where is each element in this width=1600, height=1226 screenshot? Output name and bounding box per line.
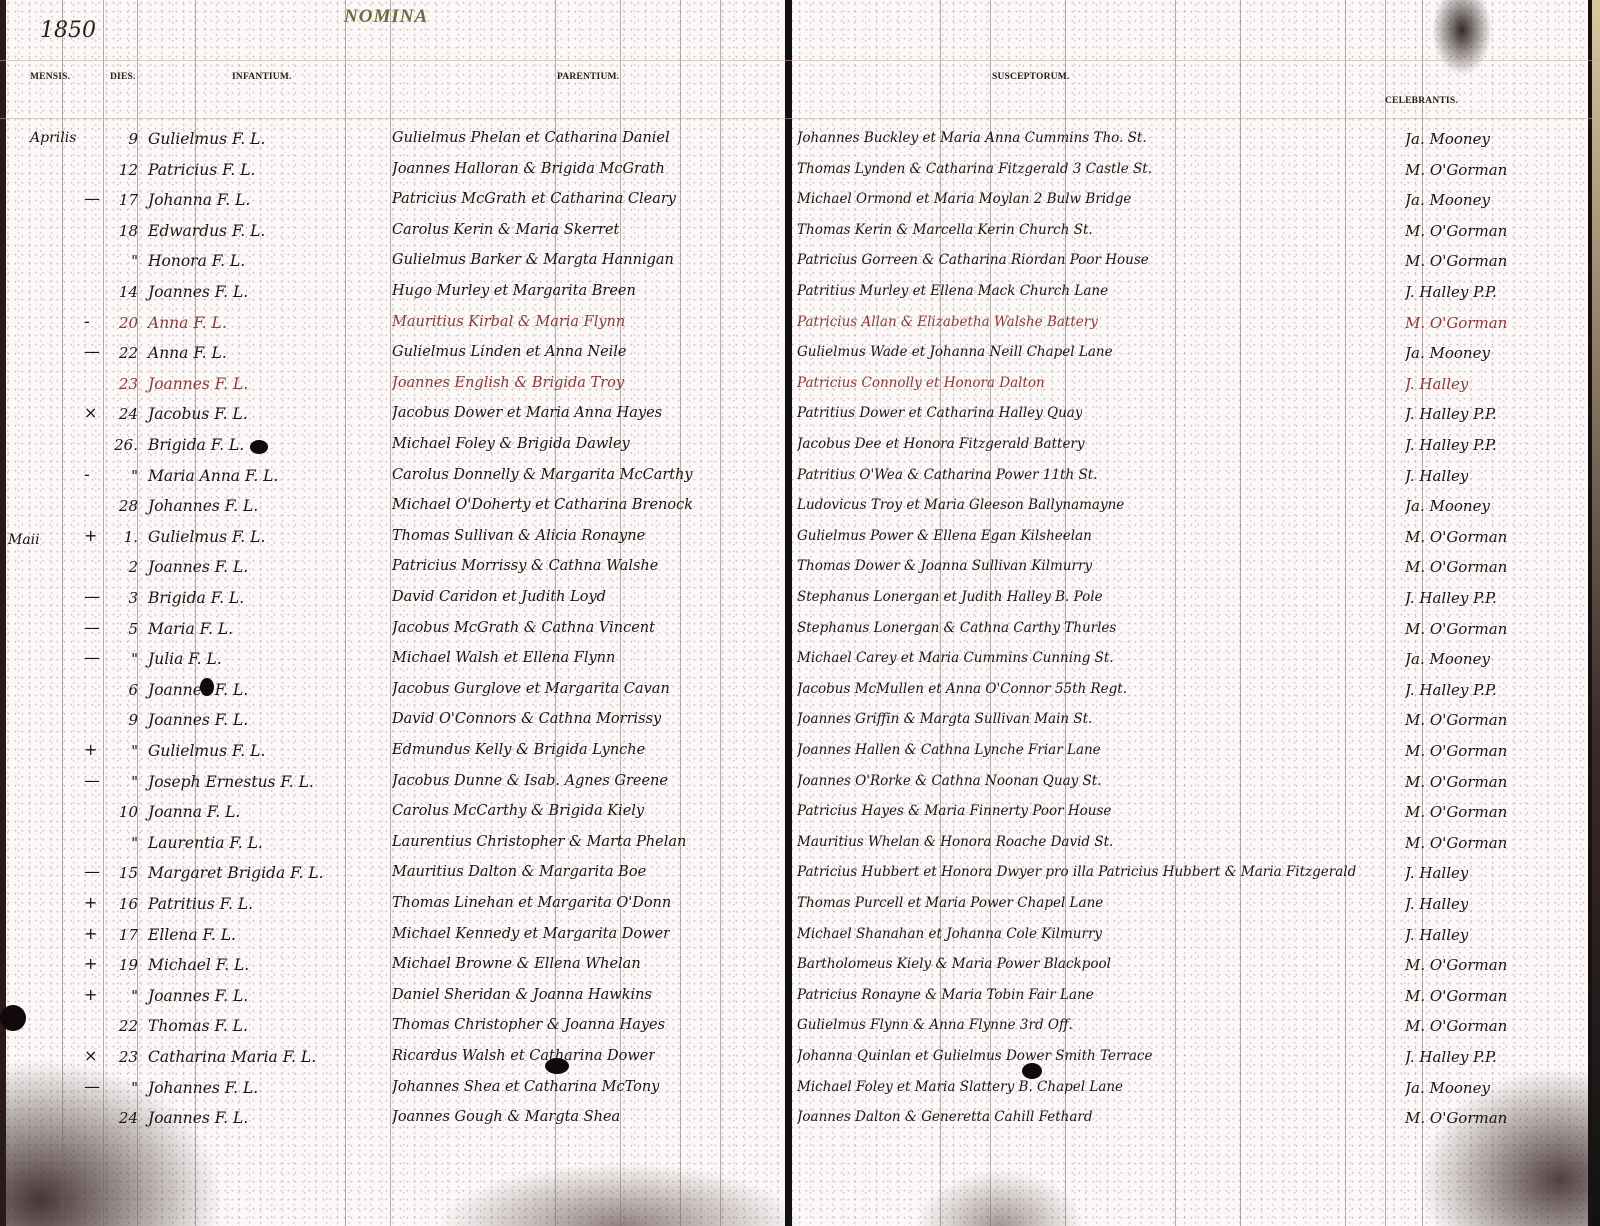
entry-sponsors: Joannes Dalton & Generetta Cahill Fethar…: [797, 1109, 1093, 1125]
entry-sponsors: Johannes Buckley et Maria Anna Cummins T…: [797, 130, 1147, 146]
entry-day: 1.: [104, 528, 138, 546]
entry-celebrant: Ja. Mooney: [1405, 497, 1490, 515]
entry-day: 24: [104, 1109, 138, 1127]
margin-mark: —: [84, 1077, 100, 1096]
entry-celebrant: M. O'Gorman: [1405, 1017, 1507, 1035]
entry-parents: Patricius Morrissy & Cathna Walshe: [392, 558, 658, 574]
margin-mark: ×: [84, 403, 97, 422]
entry-parents: Michael Foley & Brigida Dawley: [392, 436, 630, 452]
entry-parents: Michael Kennedy et Margarita Dower: [392, 926, 670, 942]
entry-parents: Thomas Sullivan & Alicia Ronayne: [392, 528, 645, 544]
entry-day: 18: [104, 222, 138, 240]
entry-sponsors: Michael Carey et Maria Cummins Cunning S…: [797, 650, 1114, 666]
entry-parents: Carolus Donnelly & Margarita McCarthy: [392, 467, 693, 483]
entry-day: 14: [104, 283, 138, 301]
column-rule: [390, 0, 391, 1226]
entry-infant-name: Joannes F. L.: [148, 711, 248, 729]
entry-sponsors: Thomas Lynden & Catharina Fitzgerald 3 C…: [797, 161, 1152, 177]
page-edge-tab: [1592, 0, 1600, 1226]
entry-celebrant: M. O'Gorman: [1405, 834, 1507, 852]
register-page: 1850 NOMINA MENSIS. DIES. INFANTIUM. PAR…: [0, 0, 1600, 1226]
entry-celebrant: M. O'Gorman: [1405, 987, 1507, 1005]
entry-celebrant: J. Halley P.P.: [1405, 589, 1497, 607]
entry-infant-name: Johanna F. L.: [148, 191, 250, 209]
margin-mark: -: [84, 465, 90, 484]
entry-parents: David Caridon et Judith Loyd: [392, 589, 606, 605]
header-rule: [0, 60, 1600, 61]
entry-infant-name: Joannes F. L.: [148, 681, 248, 699]
entry-parents: Michael Walsh et Ellena Flynn: [392, 650, 615, 666]
margin-mark: +: [84, 954, 97, 973]
entry-day: 5: [104, 620, 138, 638]
entry-infant-name: Maria F. L.: [148, 620, 233, 638]
entry-infant-name: Patricius F. L.: [148, 161, 256, 179]
margin-mark: +: [84, 526, 97, 545]
margin-mark: -: [84, 312, 90, 331]
column-rule: [1422, 0, 1423, 1226]
entry-celebrant: M. O'Gorman: [1405, 711, 1507, 729]
entry-parents: Joannes Gough & Margta Shea: [392, 1109, 620, 1125]
entry-day: 15: [104, 864, 138, 882]
margin-mark: —: [84, 862, 100, 881]
entry-sponsors: Patricius Ronayne & Maria Tobin Fair Lan…: [797, 987, 1094, 1003]
ink-blot: [200, 678, 214, 696]
ink-blot: [0, 1005, 26, 1031]
entry-parents: Joannes English & Brigida Troy: [392, 375, 624, 391]
entry-celebrant: J. Halley P.P.: [1405, 681, 1497, 699]
entry-celebrant: J. Halley: [1405, 864, 1468, 882]
entry-parents: Edmundus Kelly & Brigida Lynche: [392, 742, 645, 758]
column-rule: [1345, 0, 1346, 1226]
entry-infant-name: Thomas F. L.: [148, 1017, 248, 1035]
entry-celebrant: J. Halley: [1405, 467, 1468, 485]
entry-sponsors: Patritius O'Wea & Catharina Power 11th S…: [797, 467, 1097, 483]
entry-day: ": [104, 773, 138, 791]
entry-day: ": [104, 252, 138, 270]
entry-day: 28: [104, 497, 138, 515]
entry-sponsors: Joannes Griffin & Margta Sullivan Main S…: [797, 711, 1092, 727]
entry-celebrant: M. O'Gorman: [1405, 773, 1507, 791]
header-parents: PARENTIUM.: [557, 72, 619, 82]
entry-parents: Mauritius Dalton & Margarita Boe: [392, 864, 646, 880]
entry-celebrant: J. Halley P.P.: [1405, 436, 1497, 454]
ink-blot: [545, 1058, 569, 1074]
entry-day: 9: [104, 711, 138, 729]
entry-parents: Carolus Kerin & Maria Skerret: [392, 222, 619, 238]
entry-day: 26.: [104, 436, 138, 454]
entry-day: 20: [104, 314, 138, 332]
entry-celebrant: M. O'Gorman: [1405, 620, 1507, 638]
entry-infant-name: Anna F. L.: [148, 344, 227, 362]
ink-blot: [1022, 1063, 1042, 1079]
entry-parents: Gulielmus Linden et Anna Neile: [392, 344, 627, 360]
entry-day: ": [104, 834, 138, 852]
entry-sponsors: Patritius Murley et Ellena Mack Church L…: [797, 283, 1108, 299]
entry-sponsors: Stephanus Lonergan & Cathna Carthy Thurl…: [797, 620, 1116, 636]
margin-mark: —: [84, 771, 100, 790]
entry-infant-name: Brigida F. L.: [148, 589, 244, 607]
entry-sponsors: Gulielmus Power & Ellena Egan Kilsheelan: [797, 528, 1092, 544]
entry-sponsors: Patricius Hayes & Maria Finnerty Poor Ho…: [797, 803, 1111, 819]
entry-day: ": [104, 987, 138, 1005]
entry-celebrant: Ja. Mooney: [1405, 650, 1490, 668]
header-rule: [0, 118, 1600, 119]
entry-day: 23: [104, 375, 138, 393]
entry-sponsors: Johanna Quinlan et Gulielmus Dower Smith…: [797, 1048, 1152, 1064]
margin-mark: +: [84, 740, 97, 759]
entry-parents: Jacobus Dower et Maria Anna Hayes: [392, 405, 662, 421]
column-rule: [1065, 0, 1066, 1226]
column-rule: [940, 0, 941, 1226]
column-rule: [195, 0, 196, 1226]
entry-parents: Mauritius Kirbal & Maria Flynn: [392, 314, 625, 330]
entry-infant-name: Honora F. L.: [148, 252, 245, 270]
entry-celebrant: J. Halley: [1405, 895, 1468, 913]
page-left-edge: [0, 0, 6, 1226]
entry-parents: Gulielmus Phelan et Catharina Daniel: [392, 130, 670, 146]
column-rule: [1175, 0, 1176, 1226]
entry-sponsors: Michael Ormond et Maria Moylan 2 Bulw Br…: [797, 191, 1131, 207]
margin-mark: —: [84, 342, 100, 361]
ink-blot: [250, 440, 268, 454]
entry-sponsors: Patricius Connolly et Honora Dalton: [797, 375, 1045, 391]
month-label: Maii: [8, 532, 40, 548]
entry-infant-name: Julia F. L.: [148, 650, 222, 668]
entry-parents: Hugo Murley et Margarita Breen: [392, 283, 636, 299]
entry-day: 22: [104, 1017, 138, 1035]
header-infants: INFANTIUM.: [232, 72, 292, 82]
entry-infant-name: Joannes F. L.: [148, 1109, 248, 1127]
entry-sponsors: Ludovicus Troy et Maria Gleeson Ballynam…: [797, 497, 1124, 513]
header-day: DIES.: [110, 72, 136, 82]
entry-infant-name: Gulielmus F. L.: [148, 742, 265, 760]
entry-infant-name: Joannes F. L.: [148, 283, 248, 301]
entry-day: 24: [104, 405, 138, 423]
header-celebrant: CELEBRANTIS.: [1385, 96, 1458, 106]
register-year: 1850: [40, 18, 96, 43]
entry-infant-name: Joannes F. L.: [148, 375, 248, 393]
entry-sponsors: Mauritius Whelan & Honora Roache David S…: [797, 834, 1113, 850]
entry-celebrant: J. Halley P.P.: [1405, 1048, 1497, 1066]
entry-day: 12: [104, 161, 138, 179]
entry-infant-name: Laurentia F. L.: [148, 834, 263, 852]
entry-day: 22: [104, 344, 138, 362]
entry-celebrant: M. O'Gorman: [1405, 1109, 1507, 1127]
entry-sponsors: Gulielmus Wade et Johanna Neill Chapel L…: [797, 344, 1113, 360]
entry-infant-name: Joseph Ernestus F. L.: [148, 773, 314, 791]
entry-parents: Gulielmus Barker & Margta Hannigan: [392, 252, 674, 268]
entry-celebrant: Ja. Mooney: [1405, 1079, 1490, 1097]
column-rule: [990, 0, 991, 1226]
entry-parents: Joannes Halloran & Brigida McGrath: [392, 161, 665, 177]
entry-celebrant: M. O'Gorman: [1405, 742, 1507, 760]
entry-day: 2: [104, 558, 138, 576]
column-rule: [1385, 0, 1386, 1226]
entry-celebrant: J. Halley: [1405, 375, 1468, 393]
entry-sponsors: Gulielmus Flynn & Anna Flynne 3rd Off.: [797, 1017, 1073, 1033]
entry-celebrant: J. Halley: [1405, 926, 1468, 944]
entry-day: 6: [104, 681, 138, 699]
entry-infant-name: Michael F. L.: [148, 956, 249, 974]
entry-celebrant: J. Halley P.P.: [1405, 405, 1497, 423]
entry-parents: Michael Browne & Ellena Whelan: [392, 956, 641, 972]
entry-sponsors: Patritius Dower et Catharina Halley Quay: [797, 405, 1082, 421]
entry-celebrant: J. Halley P.P.: [1405, 283, 1497, 301]
entry-celebrant: M. O'Gorman: [1405, 222, 1507, 240]
entry-celebrant: M. O'Gorman: [1405, 558, 1507, 576]
entry-day: ": [104, 742, 138, 760]
entry-day: 10: [104, 803, 138, 821]
entry-day: 19: [104, 956, 138, 974]
entry-day: 17: [104, 926, 138, 944]
entry-celebrant: Ja. Mooney: [1405, 191, 1490, 209]
entry-parents: Thomas Christopher & Joanna Hayes: [392, 1017, 665, 1033]
margin-mark: —: [84, 618, 100, 637]
entry-celebrant: M. O'Gorman: [1405, 161, 1507, 179]
entry-day: ": [104, 467, 138, 485]
entry-sponsors: Patricius Gorreen & Catharina Riordan Po…: [797, 252, 1149, 268]
entry-parents: Jacobus Gurglove et Margarita Cavan: [392, 681, 670, 697]
entry-sponsors: Jacobus McMullen et Anna O'Connor 55th R…: [797, 681, 1127, 697]
header-month: MENSIS.: [30, 72, 70, 82]
entry-parents: Daniel Sheridan & Joanna Hawkins: [392, 987, 652, 1003]
entry-day: 3: [104, 589, 138, 607]
entry-sponsors: Jacobus Dee et Honora Fitzgerald Battery: [797, 436, 1085, 452]
entry-parents: David O'Connors & Cathna Morrissy: [392, 711, 661, 727]
entry-celebrant: M. O'Gorman: [1405, 528, 1507, 546]
entry-day: ": [104, 1079, 138, 1097]
entry-infant-name: Johannes F. L.: [148, 1079, 258, 1097]
column-rule: [62, 0, 63, 1226]
entry-sponsors: Joannes Hallen & Cathna Lynche Friar Lan…: [797, 742, 1101, 758]
margin-mark: ×: [84, 1046, 97, 1065]
entry-parents: Johannes Shea et Catharina McTony: [392, 1079, 659, 1095]
month-label: Aprilis: [30, 130, 76, 146]
entry-infant-name: Patritius F. L.: [148, 895, 253, 913]
entry-parents: Thomas Linehan et Margarita O'Donn: [392, 895, 671, 911]
entry-parents: Carolus McCarthy & Brigida Kiely: [392, 803, 644, 819]
column-rule: [137, 0, 138, 1226]
entry-sponsors: Thomas Dower & Joanna Sullivan Kilmurry: [797, 558, 1092, 574]
entry-celebrant: M. O'Gorman: [1405, 803, 1507, 821]
entry-celebrant: Ja. Mooney: [1405, 130, 1490, 148]
entry-infant-name: Anna F. L.: [148, 314, 227, 332]
entry-parents: Patricius McGrath et Catharina Cleary: [392, 191, 676, 207]
margin-mark: +: [84, 924, 97, 943]
entry-parents: Laurentius Christopher & Marta Phelan: [392, 834, 686, 850]
entry-infant-name: Brigida F. L.: [148, 436, 244, 454]
column-rule: [345, 0, 346, 1226]
entry-parents: Michael O'Doherty et Catharina Brenock: [392, 497, 693, 513]
entry-parents: Ricardus Walsh et Catharina Dower: [392, 1048, 655, 1064]
column-rule: [720, 0, 721, 1226]
entry-infant-name: Joannes F. L.: [148, 987, 248, 1005]
entry-sponsors: Thomas Purcell et Maria Power Chapel Lan…: [797, 895, 1103, 911]
entry-infant-name: Edwardus F. L.: [148, 222, 265, 240]
header-sponsors: SUSCEPTORUM.: [992, 72, 1069, 82]
margin-mark: —: [84, 587, 100, 606]
page-gutter: [785, 0, 792, 1226]
margin-mark: —: [84, 189, 100, 208]
entry-sponsors: Patricius Hubbert et Honora Dwyer pro il…: [797, 864, 1356, 880]
entry-infant-name: Gulielmus F. L.: [148, 130, 265, 148]
register-title: NOMINA: [344, 6, 428, 28]
entry-celebrant: M. O'Gorman: [1405, 956, 1507, 974]
column-rule: [620, 0, 621, 1226]
column-rule: [103, 0, 104, 1226]
entry-infant-name: Ellena F. L.: [148, 926, 236, 944]
entry-parents: Jacobus McGrath & Cathna Vincent: [392, 620, 655, 636]
entry-day: 16: [104, 895, 138, 913]
column-rule: [555, 0, 556, 1226]
entry-infant-name: Joannes F. L.: [148, 558, 248, 576]
entry-sponsors: Patricius Allan & Elizabetha Walshe Batt…: [797, 314, 1098, 330]
entry-sponsors: Stephanus Lonergan et Judith Halley B. P…: [797, 589, 1103, 605]
entry-infant-name: Maria Anna F. L.: [148, 467, 278, 485]
entry-sponsors: Michael Foley et Maria Slattery B. Chape…: [797, 1079, 1123, 1095]
entry-sponsors: Michael Shanahan et Johanna Cole Kilmurr…: [797, 926, 1102, 942]
entry-day: 9: [104, 130, 138, 148]
margin-mark: —: [84, 648, 100, 667]
paper-noise: [0, 0, 1600, 1226]
entry-celebrant: Ja. Mooney: [1405, 344, 1490, 362]
entry-day: ": [104, 650, 138, 668]
margin-mark: +: [84, 893, 97, 912]
entry-infant-name: Margaret Brigida F. L.: [148, 864, 324, 882]
column-rule: [1240, 0, 1241, 1226]
entry-day: 23: [104, 1048, 138, 1066]
entry-day: 17: [104, 191, 138, 209]
entry-infant-name: Catharina Maria F. L.: [148, 1048, 316, 1066]
entry-infant-name: Gulielmus F. L.: [148, 528, 265, 546]
margin-mark: +: [84, 985, 97, 1004]
entry-sponsors: Thomas Kerin & Marcella Kerin Church St.: [797, 222, 1093, 238]
entry-infant-name: Joanna F. L.: [148, 803, 240, 821]
entry-sponsors: Bartholomeus Kiely & Maria Power Blackpo…: [797, 956, 1111, 972]
entry-celebrant: M. O'Gorman: [1405, 314, 1507, 332]
entry-parents: Jacobus Dunne & Isab. Agnes Greene: [392, 773, 668, 789]
entry-infant-name: Johannes F. L.: [148, 497, 258, 515]
entry-sponsors: Joannes O'Rorke & Cathna Noonan Quay St.: [797, 773, 1102, 789]
column-rule: [680, 0, 681, 1226]
entry-infant-name: Jacobus F. L.: [148, 405, 248, 423]
entry-celebrant: M. O'Gorman: [1405, 252, 1507, 270]
